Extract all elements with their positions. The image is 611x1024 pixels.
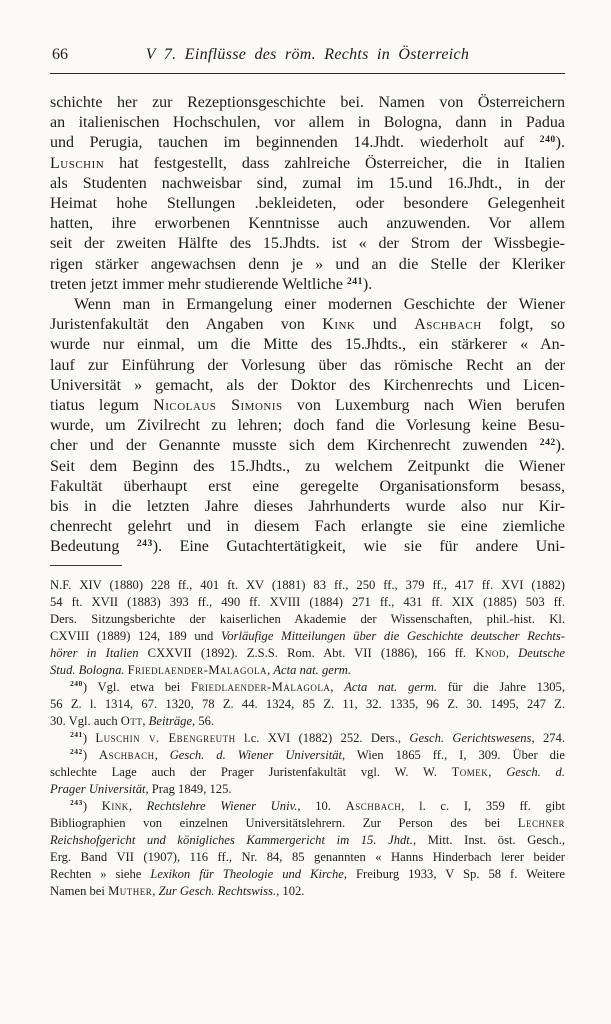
text-run: Knod [475, 646, 506, 660]
footnote-ref: 242 [70, 747, 83, 756]
text-run: Heimat hohe Stellungen .bekleideten, ode… [50, 195, 565, 212]
text-run: an italienischen Hochschulen, vor allem … [50, 114, 565, 131]
text-run: schichte her zur Rezeptionsgeschichte be… [50, 94, 565, 111]
text-line: 241) Luschin v. Ebengreuth l.c. XVI (188… [50, 730, 565, 747]
text-run: Lechner [518, 816, 565, 830]
text-run: Deutsche [518, 646, 565, 660]
text-run: , 10. [297, 799, 345, 813]
text-run: Vorläufige Mitteilungen über die Geschic… [221, 629, 565, 643]
text-line: Ders. Sitzungsberichte der kaiserlichen … [50, 611, 565, 628]
text-line: schichte her zur Rezeptionsgeschichte be… [50, 93, 565, 113]
text-run: ) [83, 748, 99, 762]
text-run: Gesch. Gerichtswesens [409, 731, 531, 745]
text-run: , Prag 1849, 125. [146, 782, 232, 796]
text-run: , l. c. I, 359 ff. gibt [401, 799, 565, 813]
text-run: ). Eine Gutachtertätigkeit, wie sie für … [153, 538, 565, 555]
text-line: lauf zur Einführung der Vorlesung über d… [50, 356, 565, 376]
text-run: Ott [121, 714, 143, 728]
text-run: 30. Vgl. auch [50, 714, 121, 728]
text-line: cher und der Genannte musste sich dem Ki… [50, 436, 565, 456]
footnote-ref: 240 [540, 134, 556, 145]
text-run: Muther [108, 884, 152, 898]
text-line: Bibliographien von einzelnen Universität… [50, 815, 565, 832]
text-run: 54 ft. XVII (1883) 393 ff., 490 ff. XVII… [50, 595, 565, 609]
text-run: lauf zur Einführung der Vorlesung über d… [50, 357, 565, 374]
text-run: Rechtslehre Wiener Univ. [147, 799, 298, 813]
text-run: , [129, 799, 147, 813]
text-run: Gesch. d. [506, 765, 565, 779]
text-line: Rechten » siehe Lexikon für Theologie un… [50, 866, 565, 883]
text-run: Beiträge [149, 714, 192, 728]
text-line: 30. Vgl. auch Ott, Beiträge, 56. [50, 713, 565, 730]
text-run: Namen bei [50, 884, 108, 898]
paragraph: 242) Aschbach, Gesch. d. Wiener Universi… [50, 747, 565, 798]
page-header: 66 V 7. Einflüsse des röm. Rechts in Öst… [50, 46, 565, 68]
text-run: Zur Gesch. Rechtswiss. [159, 884, 277, 898]
text-run: Lexikon für Theologie und Kirche [150, 867, 344, 881]
text-line: Namen bei Muther, Zur Gesch. Rechtswiss.… [50, 883, 565, 900]
text-line: 242) Aschbach, Gesch. d. Wiener Universi… [50, 747, 565, 764]
text-line: Heimat hohe Stellungen .bekleideten, ode… [50, 194, 565, 214]
footnote-separator [50, 565, 122, 566]
paragraph: N.F. XIV (1880) 228 ff., 401 ft. XV (188… [50, 577, 565, 679]
text-run: 56 Z. l. 1314, 67. 1320, 78 Z. 44. 1324,… [50, 697, 565, 711]
text-run: Stud. Bologna. [50, 663, 125, 677]
text-run: Prager Universität [50, 782, 146, 796]
text-run: und [355, 316, 414, 333]
text-run: Reichshofgericht und königliches Kammerg… [50, 833, 413, 847]
text-run: Luschin [50, 155, 104, 172]
text-run: , [330, 680, 344, 694]
text-line: als Studenten nachweisbar sind, zumal im… [50, 174, 565, 194]
text-run: Friedlaender-Malagola [191, 680, 330, 694]
text-run: l.c. XVI (1882) 252. Ders., [236, 731, 410, 745]
footnote-ref: 241 [70, 730, 83, 739]
text-run: bis in die letzten Jahre dieses Jahrhund… [50, 498, 565, 515]
paragraph: 240) Vgl. etwa bei Friedlaender-Malagola… [50, 679, 565, 730]
text-run: Bibliographien von einzelnen Universität… [50, 816, 518, 830]
text-run: CXVIII (1889) 124, 189 und [50, 629, 221, 643]
text-run: hatten, ihre erworbenen Kenntnisse auch … [50, 215, 565, 232]
text-run: Juristenfakultät den Angaben von [50, 316, 322, 333]
text-line: tiatus legum Nicolaus Simonis von Luxemb… [50, 396, 565, 416]
text-line: wurde, um Zivilrecht zu lehren; doch fan… [50, 416, 565, 436]
text-line: Wenn man in Ermangelung einer modernen G… [50, 295, 565, 315]
text-run: treten jetzt immer mehr studierende Welt… [50, 276, 347, 293]
text-line: treten jetzt immer mehr studierende Welt… [50, 275, 565, 295]
paragraph: 243) Kink, Rechtslehre Wiener Univ., 10.… [50, 798, 565, 900]
text-run: Fakultät überhaupt erst eine geregelte O… [50, 478, 565, 495]
text-run: tiatus legum [50, 397, 153, 414]
text-run: Bedeutung [50, 538, 137, 555]
footnotes: N.F. XIV (1880) 228 ff., 401 ft. XV (188… [50, 577, 565, 900]
text-line: Fakultät überhaupt erst eine geregelte O… [50, 477, 565, 497]
text-line: 243) Kink, Rechtslehre Wiener Univ., 10.… [50, 798, 565, 815]
footnote-ref: 241 [347, 276, 363, 287]
text-line: N.F. XIV (1880) 228 ff., 401 ft. XV (188… [50, 577, 565, 594]
text-run: , Freiburg 1933, V Sp. 58 f. Weitere [344, 867, 565, 881]
text-line: Prager Universität, Prag 1849, 125. [50, 781, 565, 798]
text-line: hörer in Italien CXXVII (1892). Z.S.S. R… [50, 645, 565, 662]
text-run: Rechten » siehe [50, 867, 150, 881]
text-line: Stud. Bologna. Friedlaender-Malagola, Ac… [50, 662, 565, 679]
text-run: von Luxemburg nach Wien berufen [283, 397, 565, 414]
text-line: Luschin hat festgestellt, dass zahlreich… [50, 154, 565, 174]
text-run: hat festgestellt, dass zahlreiche Österr… [104, 155, 565, 172]
text-run: hörer in Italien [50, 646, 139, 660]
text-line: bis in die letzten Jahre dieses Jahrhund… [50, 497, 565, 517]
text-line: CXVIII (1889) 124, 189 und Vorläufige Mi… [50, 628, 565, 645]
text-run: wurde, um Zivilrecht zu lehren; doch fan… [50, 417, 565, 434]
text-run: , 56. [192, 714, 214, 728]
text-run: ). [556, 437, 565, 454]
text-run: , [488, 765, 506, 779]
text-run: Gesch. d. Wiener Universität [170, 748, 342, 762]
text-run: rigen stärker angewachsen denn je » und … [50, 256, 565, 273]
page-number: 66 [52, 46, 68, 64]
running-header-title: V 7. Einflüsse des röm. Rechts in Österr… [50, 46, 565, 64]
text-run: N.F. XIV (1880) 228 ff., 401 ft. XV (188… [50, 578, 565, 592]
text-run: Kink [102, 799, 129, 813]
text-run: Universität » gemacht, als der Doktor de… [50, 377, 565, 394]
text-line: und Perugia, tauchen im beginnenden 14.J… [50, 133, 565, 153]
text-line: 54 ft. XVII (1883) 393 ff., 490 ff. XVII… [50, 594, 565, 611]
text-run: Aschbach [414, 316, 482, 333]
footnote-ref: 242 [540, 437, 556, 448]
text-line: Universität » gemacht, als der Doktor de… [50, 376, 565, 396]
text-run: Ders. Sitzungsberichte der kaiserlichen … [50, 612, 565, 626]
text-run: ) [83, 799, 102, 813]
header-rule [50, 73, 565, 74]
text-line: wurde nur einmal, um die Mitte des 15.Jh… [50, 335, 565, 355]
text-run: seit der zweiten Hälfte des 15.Jhdts. is… [50, 235, 565, 252]
text-run: , [506, 646, 518, 660]
text-run: Acta nat. germ. [273, 663, 351, 677]
text-run: Kink [322, 316, 355, 333]
text-run: Seit dem Beginn des 15.Jhdts., zu welche… [50, 458, 565, 475]
text-run: für die Jahre 1305, [437, 680, 565, 694]
text-run: , 274. [531, 731, 565, 745]
footnote-ref: 240 [70, 679, 83, 688]
text-line: Juristenfakultät den Angaben von Kink un… [50, 315, 565, 335]
text-run: cher und der Genannte musste sich dem Ki… [50, 437, 540, 454]
text-line: Bedeutung 243). Eine Gutachtertätigkeit,… [50, 537, 565, 557]
text-run: ) [83, 731, 96, 745]
text-line: hatten, ihre erworbenen Kenntnisse auch … [50, 214, 565, 234]
paragraph: Wenn man in Ermangelung einer modernen G… [50, 295, 565, 558]
text-line: an italienischen Hochschulen, vor allem … [50, 113, 565, 133]
text-run: , Wien 1865 ff., I, 309. Über die [342, 748, 565, 762]
text-run: Aschbach [99, 748, 155, 762]
text-run: ). [363, 276, 372, 293]
text-run: CXXVII (1892). Z.S.S. Rom. Abt. VII (188… [139, 646, 476, 660]
text-run: Erg. Band VII (1907), 116 ff., Nr. 84, 8… [50, 850, 565, 864]
paragraph: schichte her zur Rezeptionsgeschichte be… [50, 93, 565, 295]
text-run: Friedlaender-Malagola [128, 663, 267, 677]
text-run: , [155, 748, 170, 762]
text-run: Tomek [452, 765, 489, 779]
text-run: und Perugia, tauchen im beginnenden 14.J… [50, 134, 540, 151]
text-line: schlechte Lage auch der Prager Juristenf… [50, 764, 565, 781]
text-run: ). [556, 134, 565, 151]
text-run: folgt, so [482, 316, 565, 333]
text-run: Nicolaus Simonis [153, 397, 282, 414]
text-run: Aschbach [346, 799, 402, 813]
footnote-ref: 243 [70, 798, 83, 807]
paragraph: 241) Luschin v. Ebengreuth l.c. XVI (188… [50, 730, 565, 747]
body-text: schichte her zur Rezeptionsgeschichte be… [50, 93, 565, 558]
text-run: , Mitt. Inst. öst. Gesch., [413, 833, 565, 847]
text-run: , 102. [276, 884, 304, 898]
text-run: Wenn man in Ermangelung einer modernen G… [74, 296, 565, 313]
footnote-ref: 243 [137, 538, 153, 549]
text-run: wurde nur einmal, um die Mitte des 15.Jh… [50, 336, 565, 353]
text-line: seit der zweiten Hälfte des 15.Jhdts. is… [50, 234, 565, 254]
text-line: rigen stärker angewachsen denn je » und … [50, 255, 565, 275]
text-line: Seit dem Beginn des 15.Jhdts., zu welche… [50, 457, 565, 477]
text-run: schlechte Lage auch der Prager Juristenf… [50, 765, 452, 779]
text-run: Acta nat. germ. [344, 680, 437, 694]
text-run: als Studenten nachweisbar sind, zumal im… [50, 175, 565, 192]
text-run: Luschin v. Ebengreuth [95, 731, 235, 745]
book-page: 66 V 7. Einflüsse des röm. Rechts in Öst… [0, 0, 611, 1024]
text-line: chenrecht gelehrt und in diesem Fach erl… [50, 517, 565, 537]
text-run: ) Vgl. etwa bei [83, 680, 191, 694]
text-line: 240) Vgl. etwa bei Friedlaender-Malagola… [50, 679, 565, 696]
text-run: chenrecht gelehrt und in diesem Fach erl… [50, 518, 565, 535]
text-line: Reichshofgericht und königliches Kammerg… [50, 832, 565, 849]
text-line: Erg. Band VII (1907), 116 ff., Nr. 84, 8… [50, 849, 565, 866]
text-line: 56 Z. l. 1314, 67. 1320, 78 Z. 44. 1324,… [50, 696, 565, 713]
